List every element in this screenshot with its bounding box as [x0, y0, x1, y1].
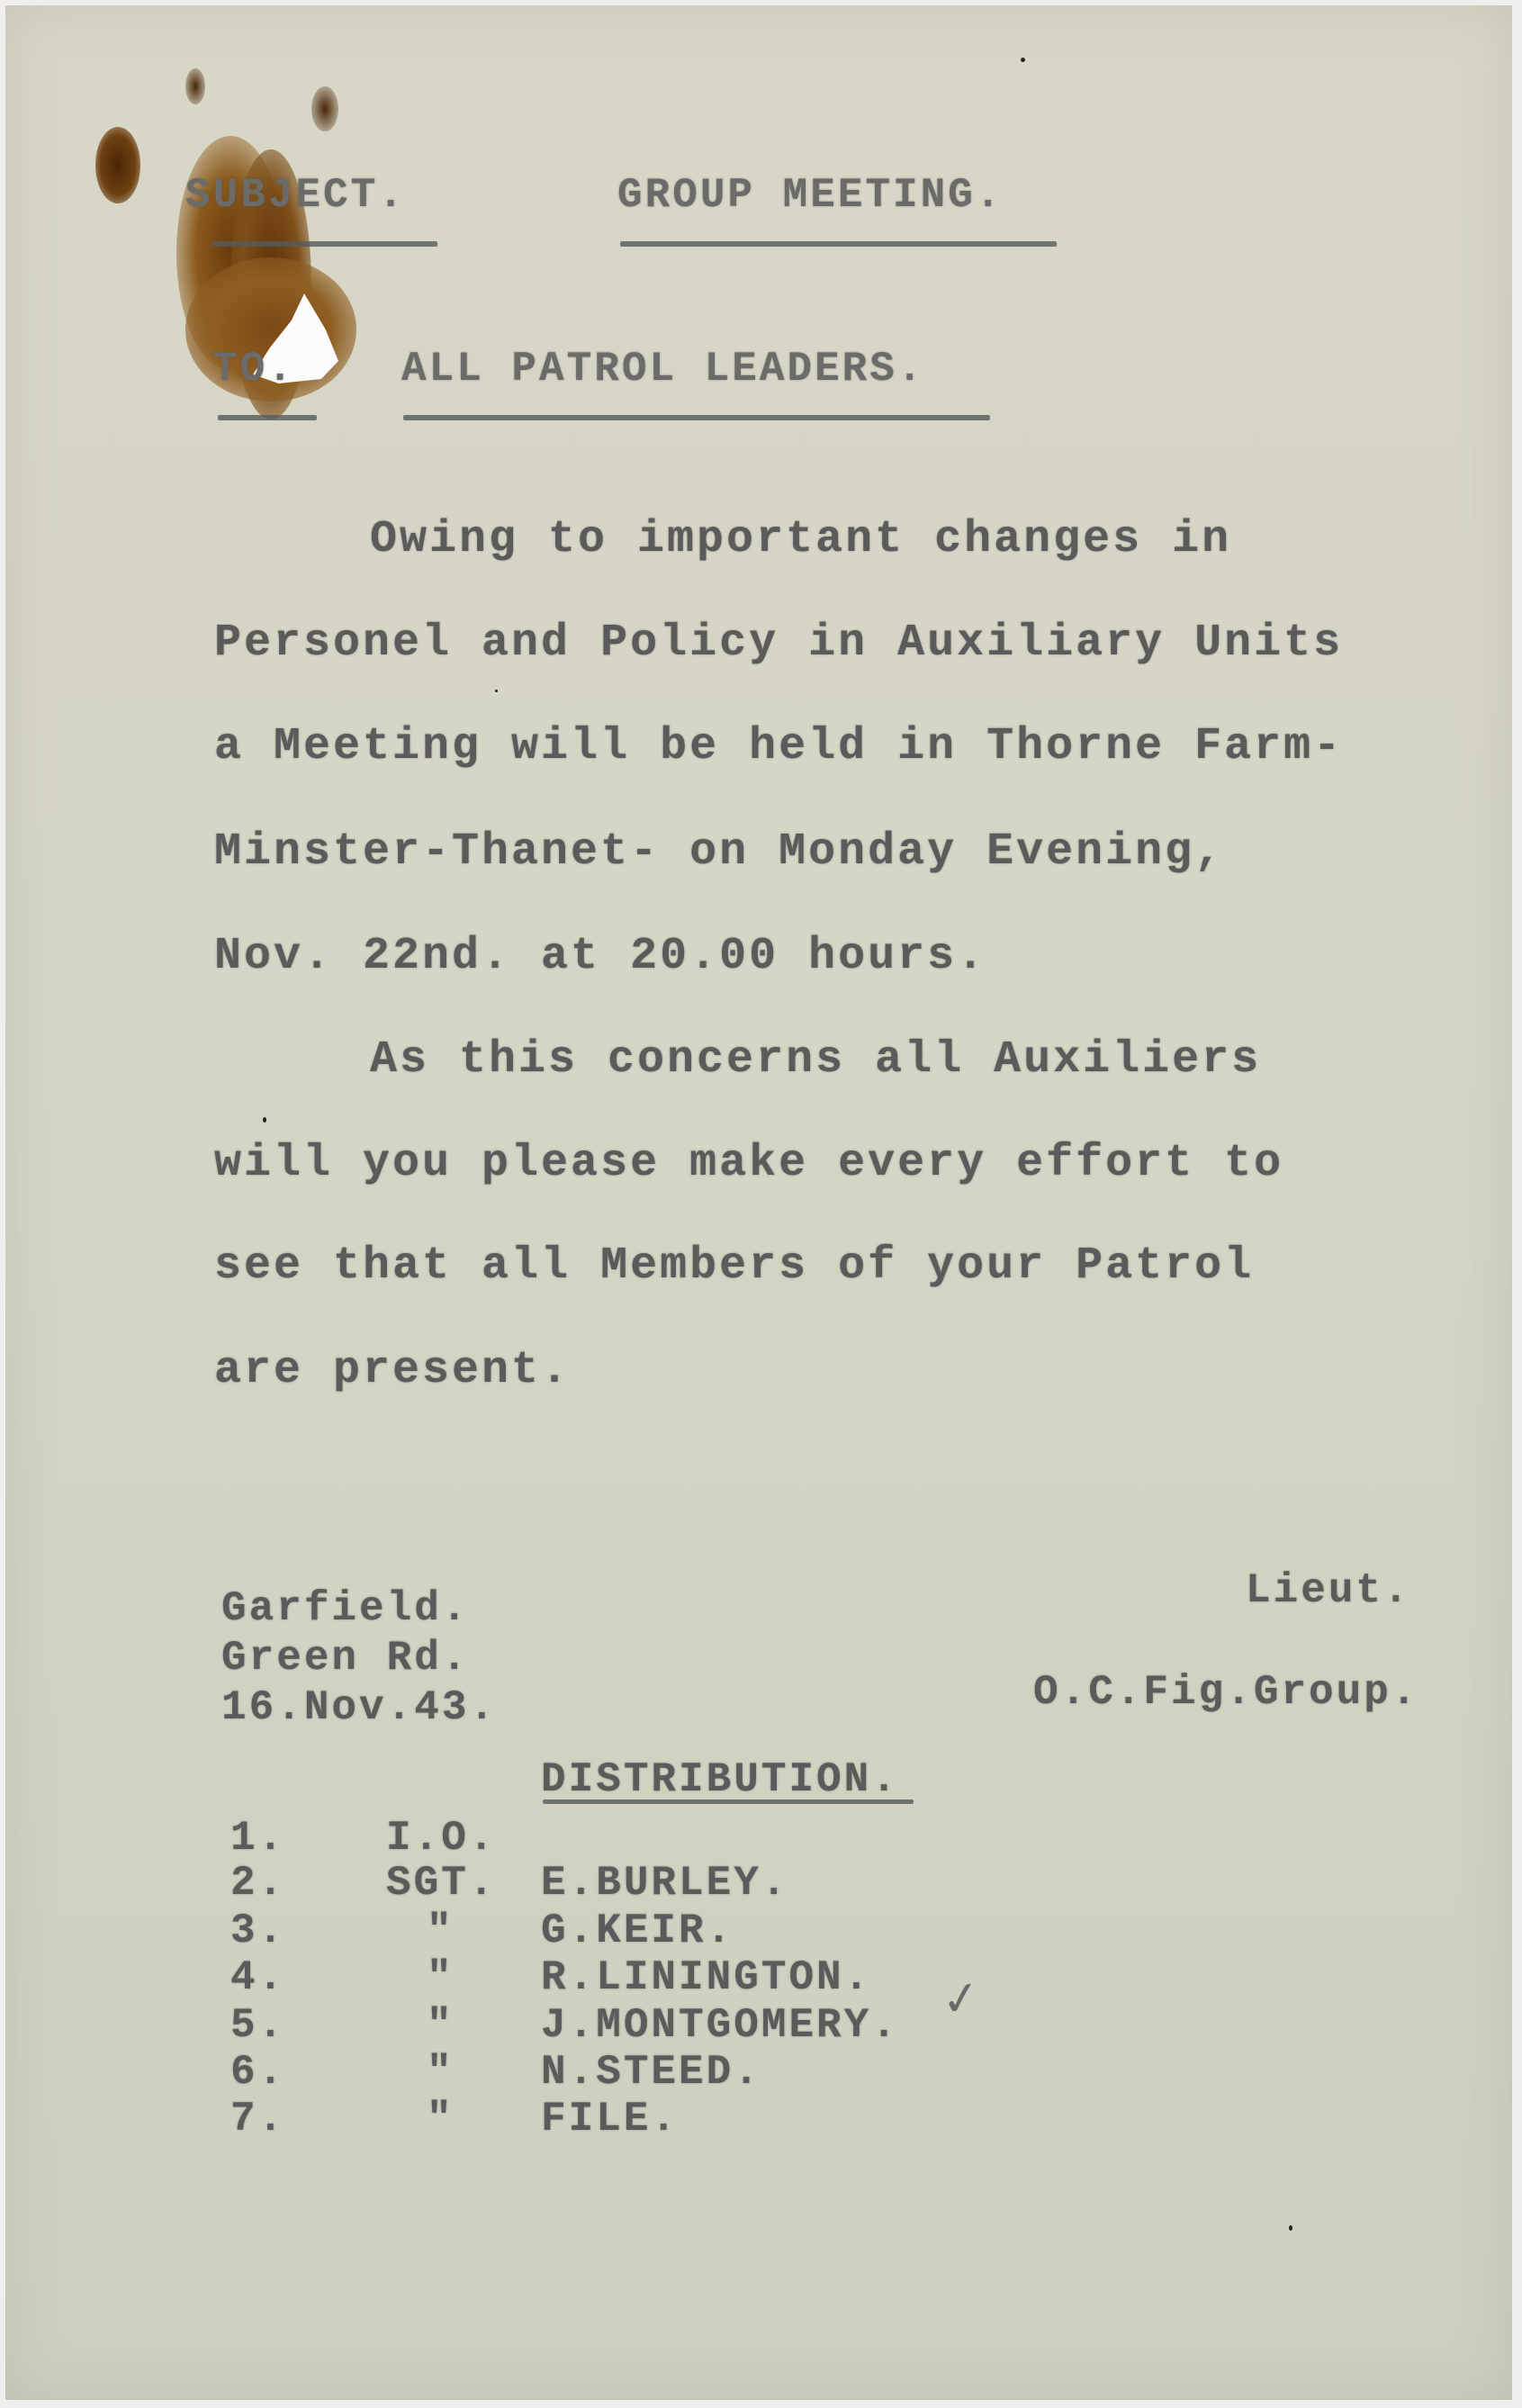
row-number: 4. [230, 1954, 285, 2001]
signature-title: O.C.Fig.Group. [1033, 1669, 1418, 1716]
body-line: a Meeting will be held in Thorne Farm- [214, 721, 1343, 772]
distribution-underline [543, 1799, 914, 1804]
subject-value-underline [620, 241, 1057, 247]
rust-stain [185, 68, 205, 104]
row-name: N.STEED. [541, 2049, 761, 2096]
address-line: Garfield. [221, 1585, 469, 1632]
body-line: Nov. 22nd. at 20.00 hours. [214, 931, 986, 982]
row-number: 2. [230, 1860, 285, 1907]
to-label: TO. [212, 346, 295, 392]
row-number: 5. [230, 2002, 285, 2049]
body-line: Personel and Policy in Auxiliary Units [214, 618, 1343, 669]
rust-stain [95, 127, 140, 203]
rust-stain [311, 86, 338, 131]
body-line: As this concerns all Auxiliers [370, 1034, 1261, 1086]
row-rank: " [427, 2049, 455, 2096]
row-rank: " [427, 1954, 455, 2001]
body-line: see that all Members of your Patrol [214, 1240, 1254, 1292]
row-name: FILE. [541, 2096, 679, 2142]
to-label-underline [218, 415, 317, 420]
check-mark-icon: ✓ [938, 1970, 985, 2028]
body-line: are present. [214, 1345, 571, 1396]
paper-speck [263, 1117, 266, 1123]
paper-speck [495, 690, 498, 692]
subject-label: SUBJECT. [185, 172, 406, 219]
paper-speck [1021, 58, 1025, 62]
row-rank: I.O. [386, 1815, 496, 1862]
body-line: Owing to important changes in [370, 514, 1231, 565]
paper-speck [1289, 2225, 1292, 2231]
row-rank: " [427, 1907, 455, 1954]
row-name: E.BURLEY. [541, 1860, 788, 1907]
memo-date: 16.Nov.43. [221, 1684, 497, 1731]
row-rank: SGT. [386, 1860, 496, 1907]
subject-label-underline [212, 241, 437, 247]
row-name: G.KEIR. [541, 1907, 734, 1954]
signature-rank: Lieut. [1246, 1567, 1411, 1614]
row-name: J.MONTGOMERY. [541, 2002, 899, 2049]
address-line: Green Rd. [221, 1635, 469, 1682]
to-value-underline [403, 415, 990, 420]
row-name: R.LININGTON. [541, 1954, 871, 2001]
subject-value: GROUP MEETING. [617, 172, 1003, 219]
row-number: 7. [230, 2096, 285, 2142]
row-number: 6. [230, 2049, 285, 2096]
body-line: Minster-Thanet- on Monday Evening, [214, 826, 1224, 878]
distribution-heading: DISTRIBUTION. [541, 1756, 899, 1803]
body-line: will you please make every effort to [214, 1138, 1283, 1189]
row-number: 3. [230, 1907, 285, 1954]
row-number: 1. [230, 1815, 285, 1862]
memo-paper: SUBJECT. GROUP MEETING. TO. ALL PATROL L… [5, 5, 1512, 2400]
row-rank: " [427, 2096, 455, 2142]
to-value: ALL PATROL LEADERS. [401, 346, 925, 392]
row-rank: " [427, 2002, 455, 2049]
